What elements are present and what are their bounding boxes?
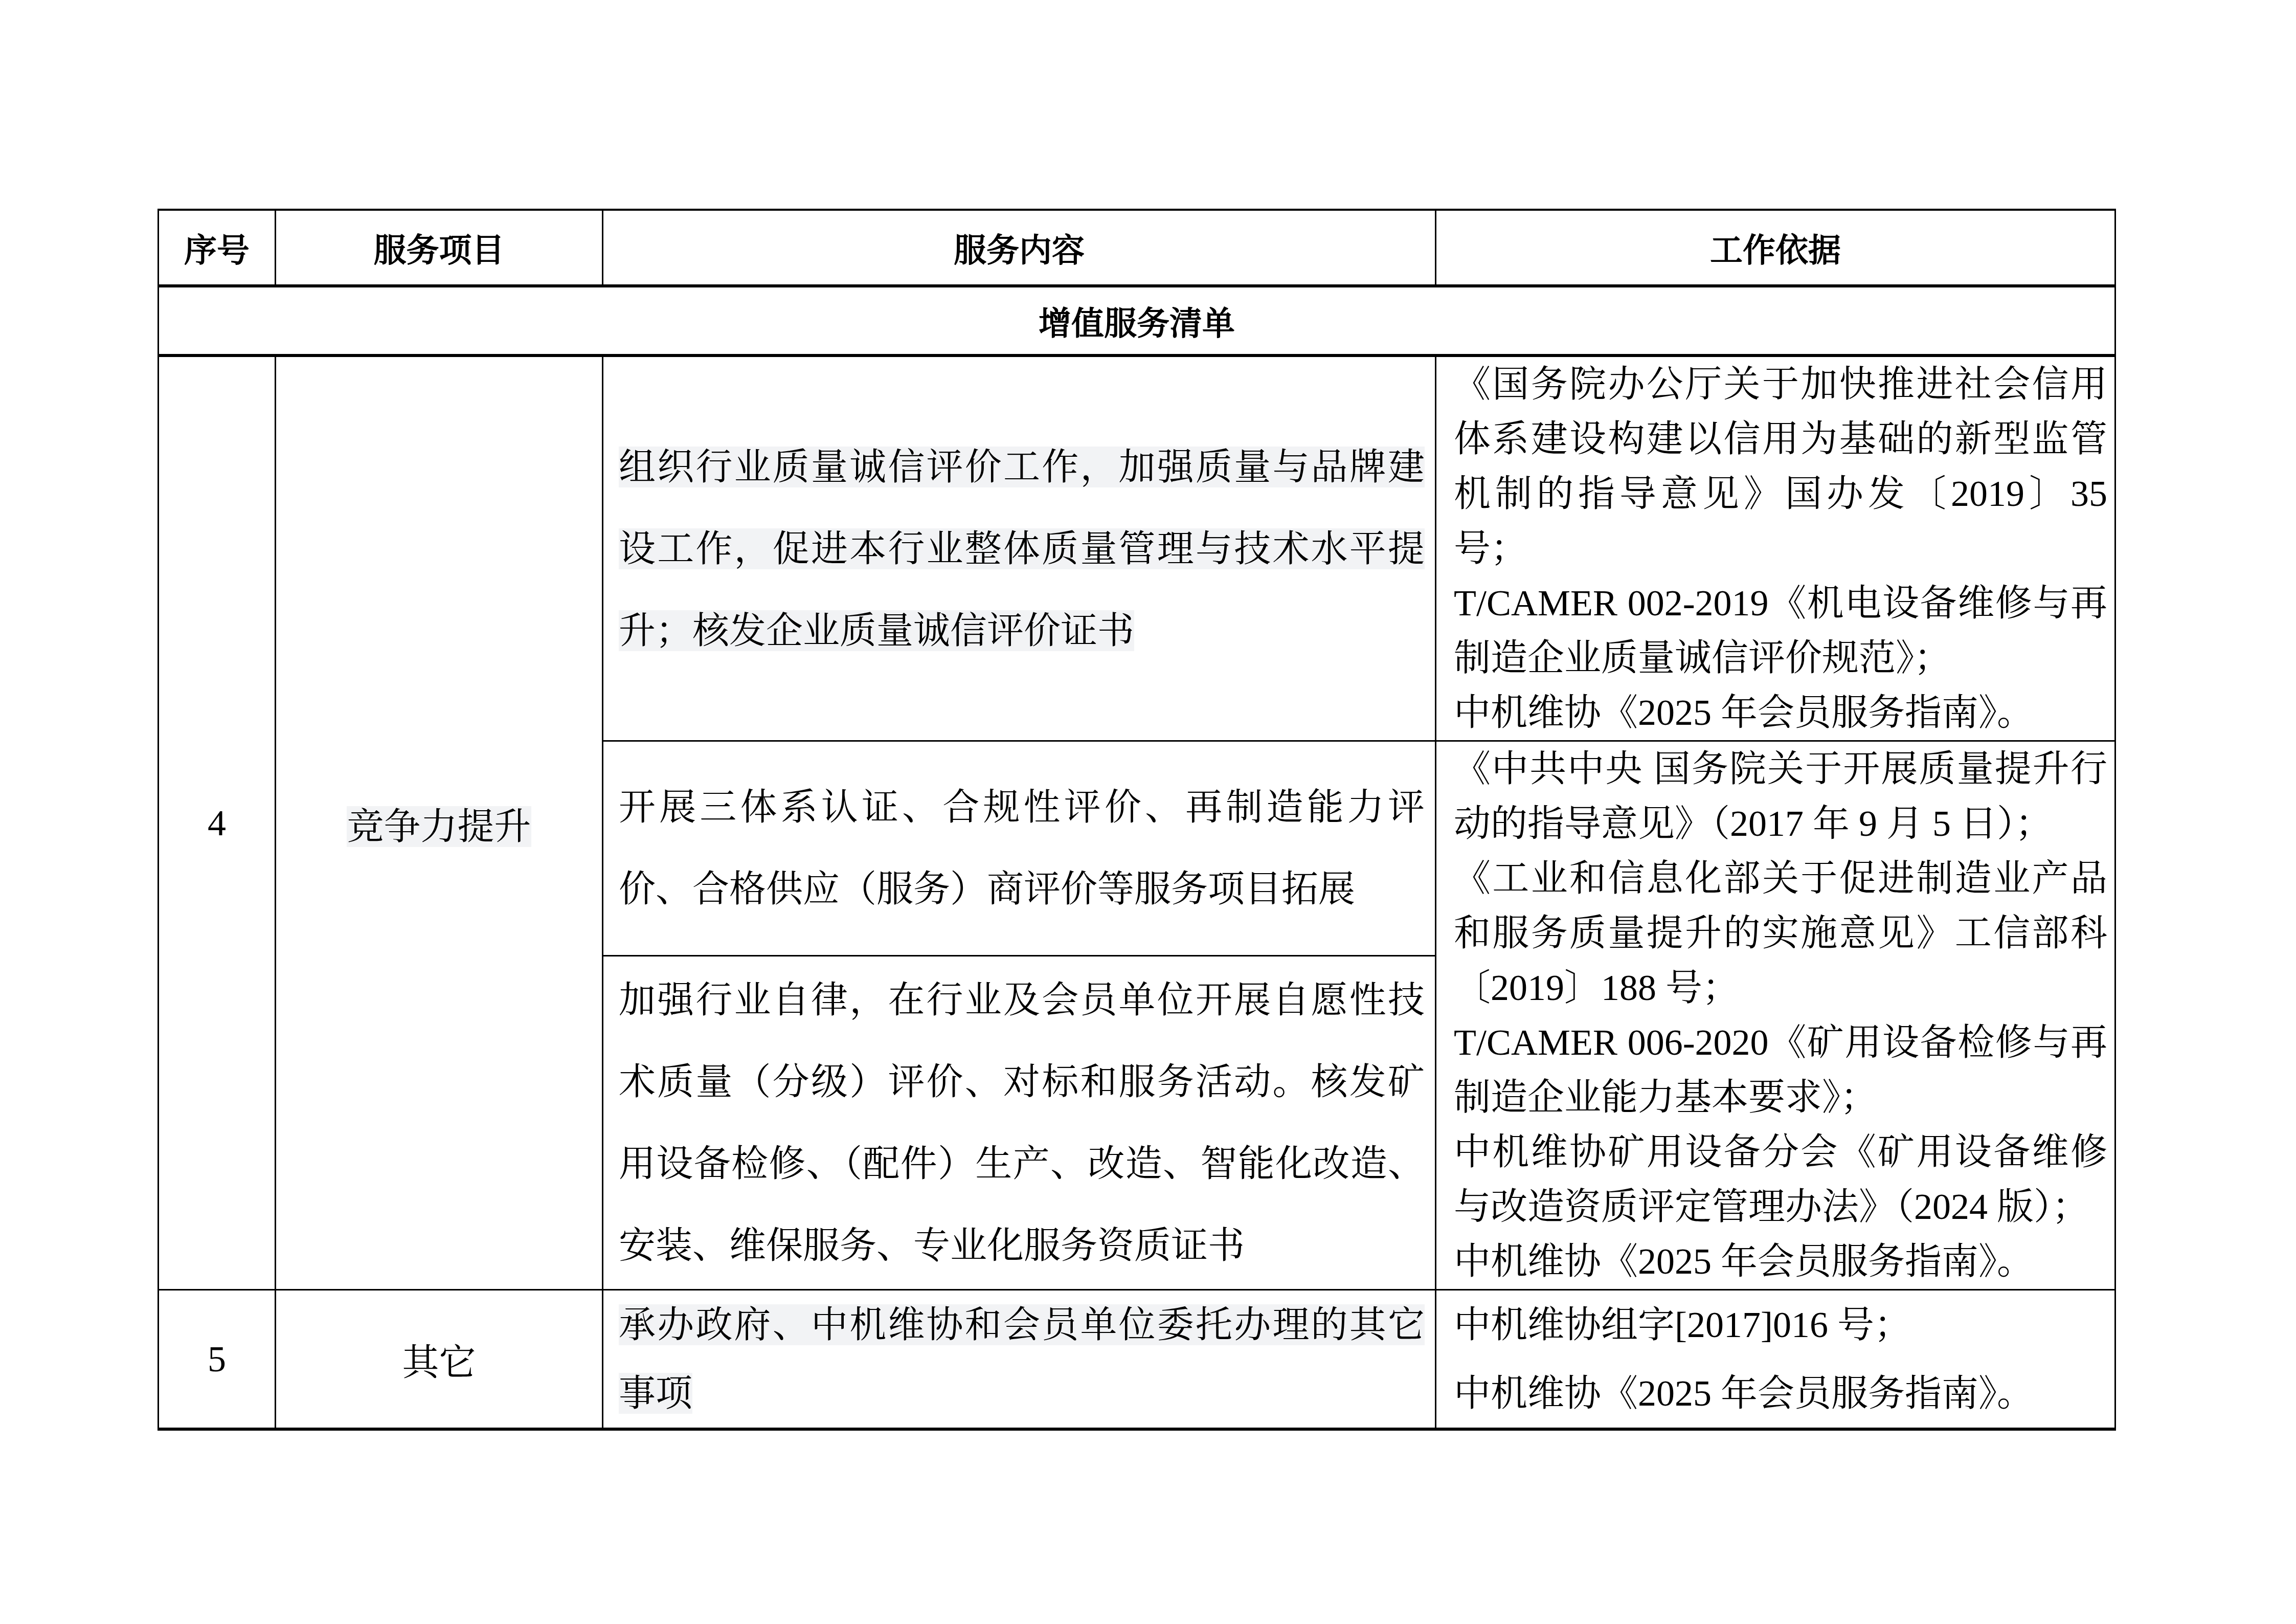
section-title-row: 增值服务清单: [159, 286, 2115, 355]
basis-paragraph: 《中共中央 国务院关于开展质量提升行动的指导意见》（2017 年 9 月 5 日…: [1454, 742, 2107, 851]
row4-content-a-text: 组织行业质量诚信评价工作，加强质量与品牌建设工作，促进本行业整体质量管理与技术水…: [619, 447, 1425, 651]
basis-paragraph: T/CAMER 002-2019《机电设备维修与再制造企业质量诚信评价规范》；: [1454, 576, 2107, 685]
row-5: 5 其它 承办政府、中机维协和会员单位委托办理的其它事项 中机维协组字[2017…: [159, 1290, 2115, 1430]
basis-paragraph: 中机维协《2025 年会员服务指南》。: [1454, 685, 2107, 740]
row4-content-c-text: 加强行业自律，在行业及会员单位开展自愿性技术质量（分级）评价、对标和服务活动。核…: [619, 959, 1425, 1286]
basis-paragraph: 中机维协《2025 年会员服务指南》。: [1454, 1234, 2107, 1289]
basis-paragraph: 中机维协矿用设备分会《矿用设备维修与改造资质评定管理办法》（2024 版）；: [1454, 1125, 2107, 1234]
row4-project: 竞争力提升: [276, 355, 603, 1290]
header-project: 服务项目: [276, 210, 603, 286]
row4-basis-a: 《国务院办公厅关于加快推进社会信用体系建设构建以信用为基础的新型监管机制的指导意…: [1436, 355, 2115, 741]
row5-basis: 中机维协组字[2017]016 号；中机维协《2025 年会员服务指南》。: [1436, 1290, 2115, 1430]
table-header-row: 序号 服务项目 服务内容 工作依据: [159, 210, 2115, 286]
row5-content: 承办政府、中机维协和会员单位委托办理的其它事项: [603, 1290, 1436, 1430]
basis-paragraph: 《工业和信息化部关于促进制造业产品和服务质量提升的实施意见》工信部科〔2019〕…: [1454, 851, 2107, 1015]
service-table: 序号 服务项目 服务内容 工作依据 增值服务清单 4 竞争力提升 组织行业质量诚…: [157, 209, 2116, 1431]
row4-number: 4: [159, 355, 276, 1290]
basis-paragraph: 中机维协《2025 年会员服务指南》。: [1454, 1359, 2107, 1428]
header-content: 服务内容: [603, 210, 1436, 286]
row5-number: 5: [159, 1290, 276, 1430]
header-basis: 工作依据: [1436, 210, 2115, 286]
row-4-sub-a: 4 竞争力提升 组织行业质量诚信评价工作，加强质量与品牌建设工作，促进本行业整体…: [159, 355, 2115, 741]
row4-basis-bc: 《中共中央 国务院关于开展质量提升行动的指导意见》（2017 年 9 月 5 日…: [1436, 741, 2115, 1290]
row4-content-c: 加强行业自律，在行业及会员单位开展自愿性技术质量（分级）评价、对标和服务活动。核…: [603, 955, 1436, 1289]
basis-paragraph: T/CAMER 006-2020《矿用设备检修与再制造企业能力基本要求》；: [1454, 1015, 2107, 1125]
header-no: 序号: [159, 210, 276, 286]
row4-content-b: 开展三体系认证、合规性评价、再制造能力评价、合格供应（服务）商评价等服务项目拓展: [603, 741, 1436, 956]
row4-project-text: 竞争力提升: [347, 806, 531, 847]
basis-paragraph: 《国务院办公厅关于加快推进社会信用体系建设构建以信用为基础的新型监管机制的指导意…: [1454, 357, 2107, 576]
row5-project: 其它: [276, 1290, 603, 1430]
row4-content-b-text: 开展三体系认证、合规性评价、再制造能力评价、合格供应（服务）商评价等服务项目拓展: [619, 766, 1425, 930]
basis-paragraph: 中机维协组字[2017]016 号；: [1454, 1291, 2107, 1359]
row5-content-text: 承办政府、中机维协和会员单位委托办理的其它事项: [619, 1304, 1425, 1414]
document-page: { "theme": { "highlight_color": "#f2f3f5…: [0, 0, 2296, 1624]
section-title: 增值服务清单: [159, 286, 2115, 355]
row4-content-a: 组织行业质量诚信评价工作，加强质量与品牌建设工作，促进本行业整体质量管理与技术水…: [603, 355, 1436, 741]
